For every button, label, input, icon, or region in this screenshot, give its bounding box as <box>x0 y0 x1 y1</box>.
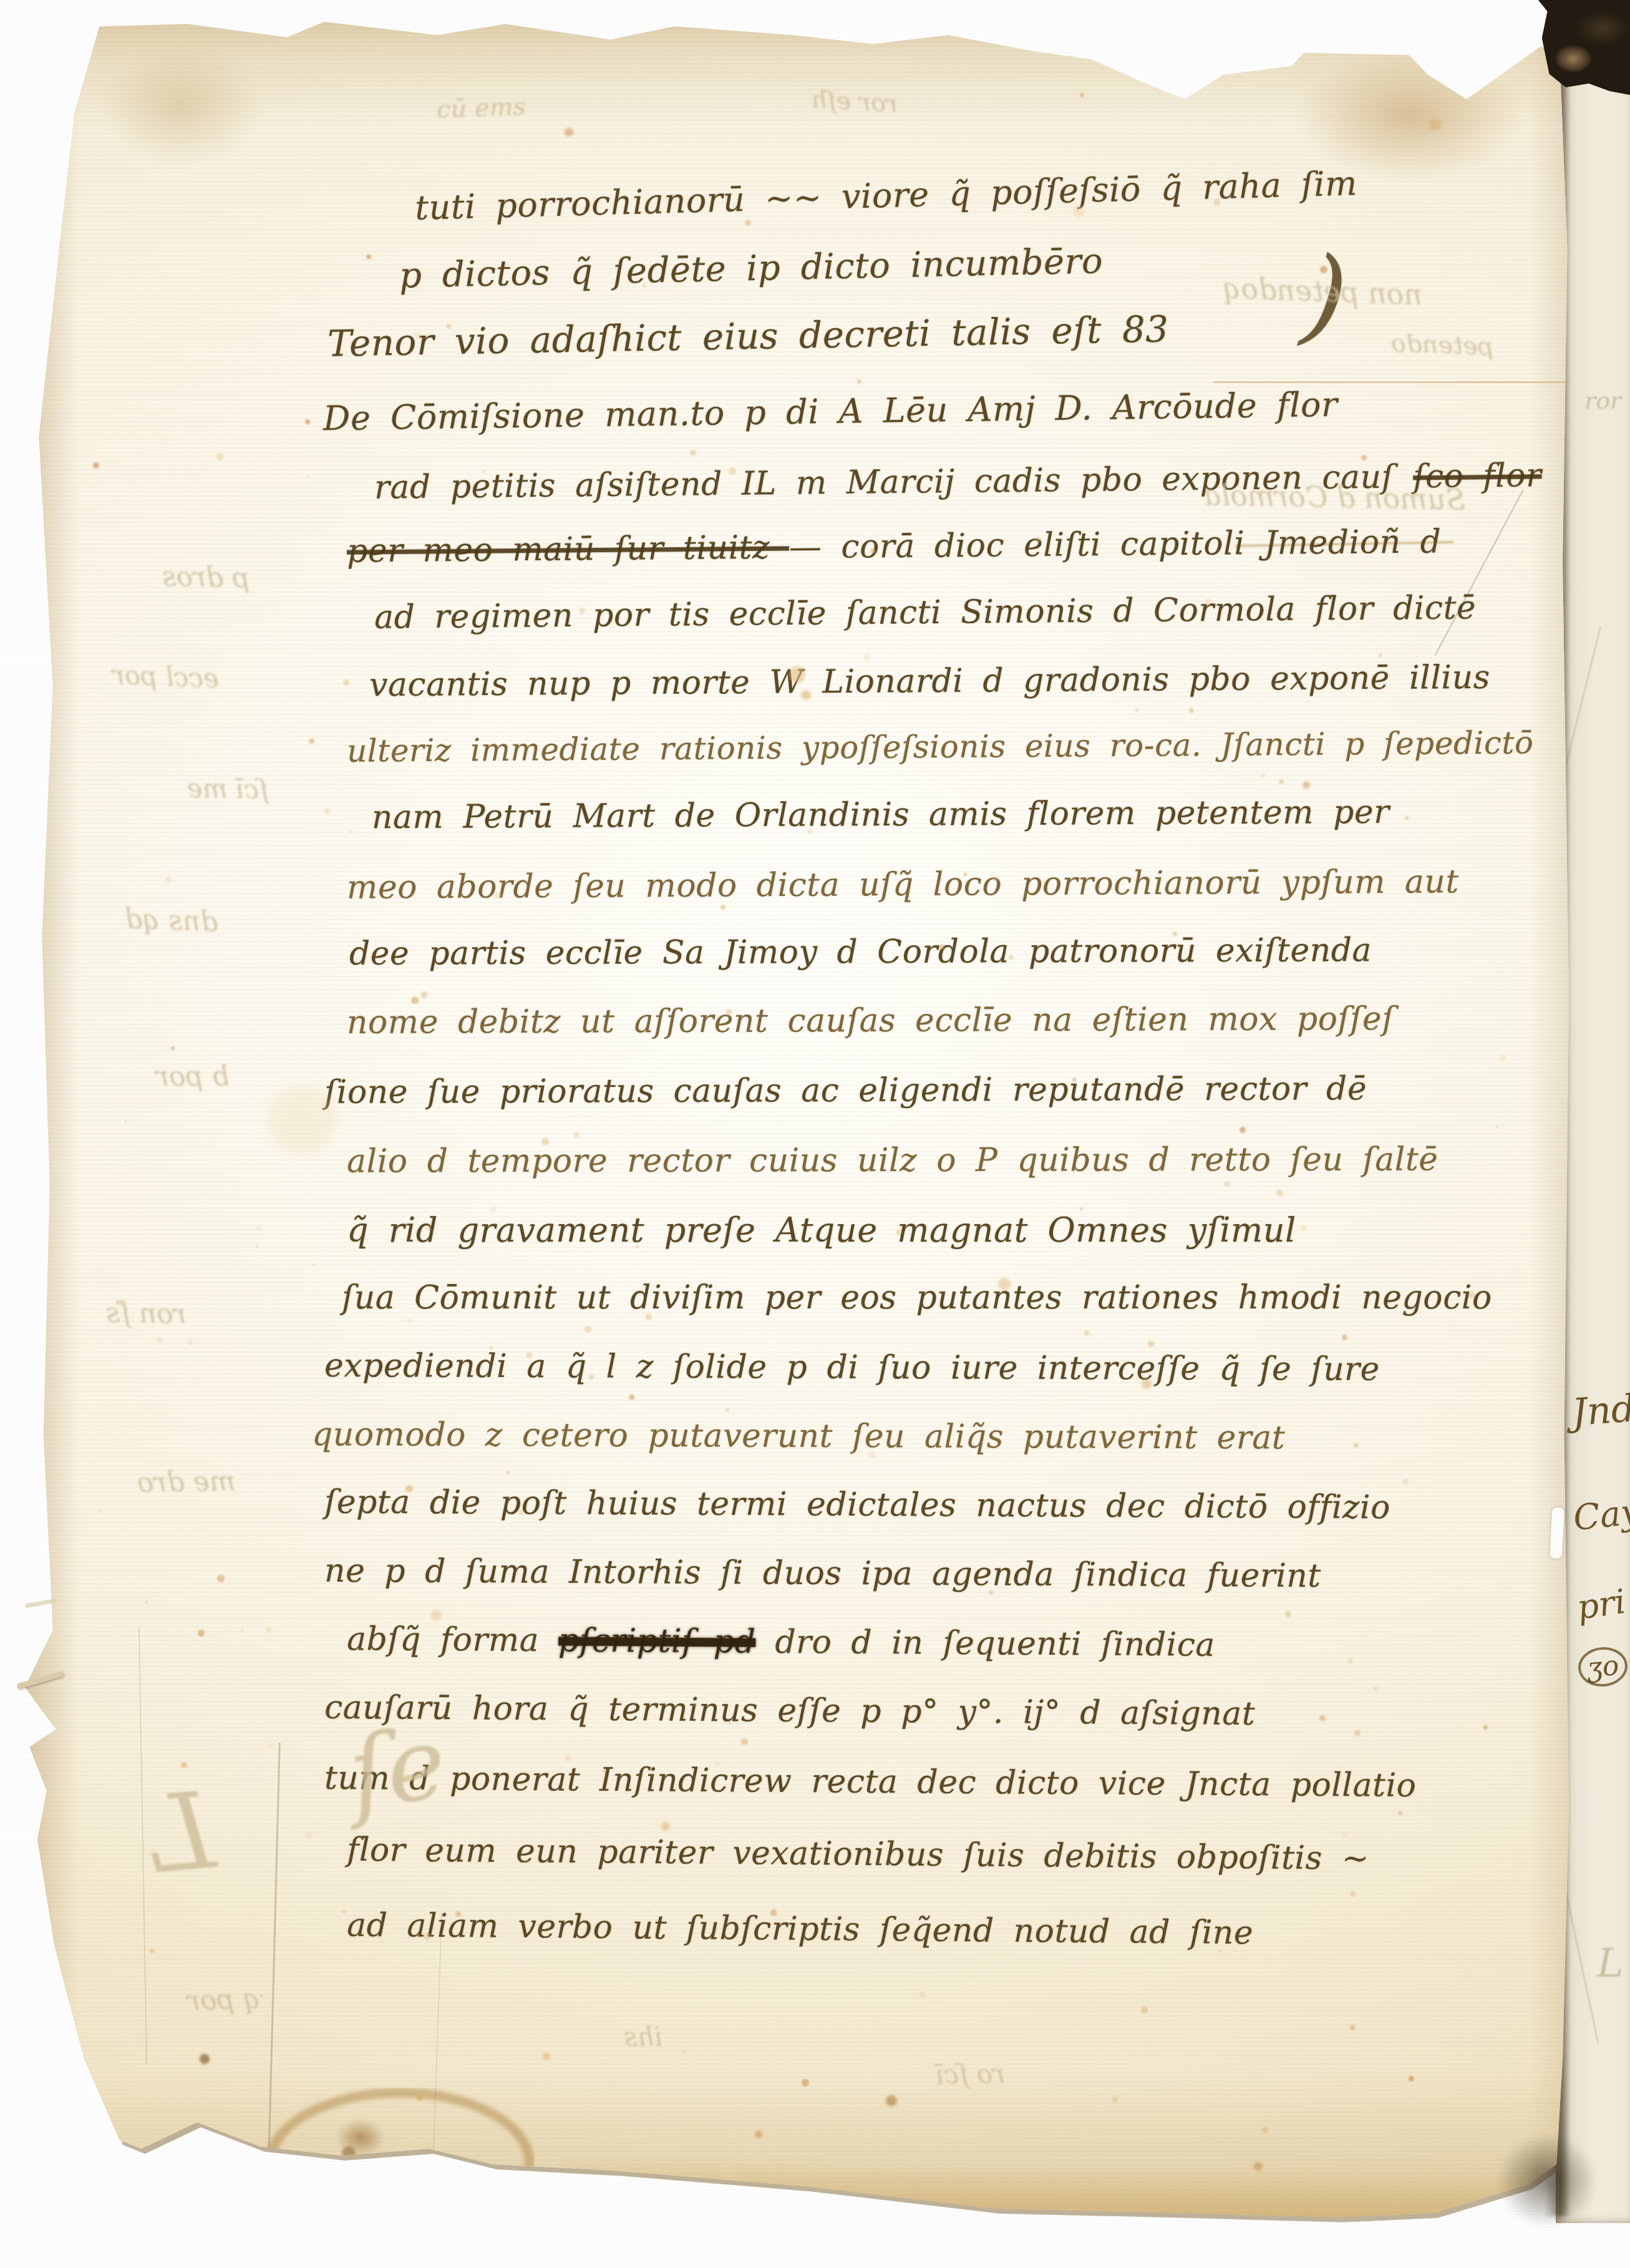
next-page-text: L <box>1597 1940 1624 1987</box>
foxing-spot <box>1073 206 1084 217</box>
ghost-text: ihs <box>624 2022 662 2052</box>
foxing-spot <box>1342 1335 1347 1340</box>
manuscript-line: ulteriz immediate rationis ypoſſeſsionis… <box>347 724 1534 769</box>
manuscript-line: dee partis ecclīe Sa Jimoy d Cordola pat… <box>349 932 1372 973</box>
manuscript-line: meo aborde ſeu modo dicta uſq̃ loco porr… <box>347 863 1459 906</box>
foxing-spot <box>636 1245 638 1248</box>
ghost-text: L <box>138 1769 220 1898</box>
foxing-spot <box>1142 1379 1152 1389</box>
ghost-text: dns qd <box>124 903 218 938</box>
foxing-spot <box>647 1910 649 1913</box>
foxing-spot <box>1303 781 1310 789</box>
foxing-spot <box>198 1630 205 1637</box>
foxing-spot <box>366 255 371 260</box>
foxing-spot <box>1173 932 1177 936</box>
manuscript-line: expediendi a q̃ l z ſolide p di ſuo iure… <box>324 1347 1380 1388</box>
foxing-spot <box>313 1263 316 1267</box>
manuscript-line: Tenor vio adaſhict eius decreti talis eſ… <box>327 308 1170 365</box>
manuscript-line: ad regimen por tis ecclīe ſancti Simonis… <box>374 589 1477 636</box>
foxing-spot <box>268 1086 337 1154</box>
foxing-spot <box>266 1627 272 1633</box>
foxing-spot <box>305 419 310 424</box>
foxing-spot <box>358 1982 362 1986</box>
foxing-spot <box>585 1326 592 1333</box>
foxing-spot <box>900 2030 902 2032</box>
manuscript-line: De Cōmiſsione man.to p di A Lēu Amj D. A… <box>323 385 1338 439</box>
manuscript-scan: ) tuti porrochianorū ~~ viore q̃ poſſeſs… <box>0 0 1630 2268</box>
crease-line <box>268 1743 281 2164</box>
foxing-spot <box>1373 1686 1378 1691</box>
ghost-text: ſe <box>342 1703 453 1832</box>
manuscript-line: tum d ponerat Inſindicrew recta dec dict… <box>324 1759 1417 1804</box>
manuscript-line: q̃ rid gravament preſe Atque magnat Omne… <box>347 1210 1296 1250</box>
foxing-spot <box>1072 1078 1076 1081</box>
next-page-text: Cay <box>1571 1492 1630 1539</box>
foxing-spot <box>629 1394 634 1400</box>
foxing-spot <box>690 450 696 456</box>
foxing-spot <box>98 1510 100 1512</box>
foxing-spot <box>1112 2096 1118 2102</box>
ghost-text: q por <box>187 1983 261 2017</box>
foxing-spot <box>729 467 736 475</box>
foxing-spot <box>1009 955 1013 960</box>
manuscript-line: flor eum eun pariter vexationibus ſuis d… <box>347 1831 1369 1877</box>
foxing-spot <box>424 1933 431 1940</box>
foxing-spot <box>526 1352 532 1358</box>
foxing-spot <box>181 1762 187 1768</box>
foxing-spot <box>216 453 224 460</box>
foxing-spot <box>1219 1950 1221 1952</box>
foxing-spot <box>589 1375 594 1380</box>
foxing-spot <box>217 1575 224 1582</box>
next-page-text: ʒo <box>1576 1645 1629 1689</box>
foxing-spot <box>415 332 421 338</box>
foxing-spot <box>886 2095 897 2106</box>
foxing-spot <box>1301 1225 1306 1231</box>
foxing-spot <box>260 1994 263 1997</box>
manuscript-line: ſione ſue prioratus cauſas ac eligendi r… <box>324 1070 1367 1111</box>
foxing-spot <box>1320 266 1327 273</box>
manuscript-line: ne p d ſuma Intorhis ſi duos ipa agenda … <box>324 1552 1321 1595</box>
foxing-spot <box>343 679 349 686</box>
foxing-spot <box>543 2053 550 2060</box>
foxing-spot <box>1256 489 1262 495</box>
ghost-text: non petendoq <box>1222 271 1423 311</box>
foxing-spot <box>693 1702 697 1706</box>
foxing-spot <box>1483 1725 1488 1730</box>
foxing-spot <box>1342 1832 1347 1837</box>
manuscript-line: nam Petrū Mart de Orlandinis amis florem… <box>372 794 1390 837</box>
foxing-spot <box>188 1340 193 1345</box>
foxing-spot <box>1080 93 1084 97</box>
foxing-spot <box>1141 2006 1148 2013</box>
ghost-text: petendo <box>1390 329 1494 361</box>
foxing-spot <box>1429 119 1441 131</box>
next-page-text: ror <box>1584 387 1621 414</box>
foxing-spot <box>1354 1443 1358 1448</box>
foxing-spot <box>1279 779 1284 784</box>
foxing-spot <box>171 1046 175 1050</box>
foxing-spot <box>1206 808 1211 814</box>
foxing-spot <box>964 873 967 876</box>
foxing-spot <box>1261 773 1265 777</box>
manuscript-line: per meo maiū ſur tiuitz — corā dioc eliſ… <box>347 523 1442 570</box>
top-left-stain <box>100 46 262 165</box>
ghost-text: cū ems <box>436 92 526 124</box>
foxing-spot <box>1496 1126 1498 1128</box>
foxing-spot <box>1084 1330 1089 1335</box>
foxing-spot <box>633 2153 636 2156</box>
foxing-spot <box>1156 1302 1159 1305</box>
foxing-spot <box>94 463 99 468</box>
foxing-spot <box>268 1743 273 1748</box>
foxing-spot <box>506 1471 510 1475</box>
foxing-spot <box>989 1590 993 1595</box>
foxing-spot <box>1189 708 1194 713</box>
foxing-spot <box>1319 1715 1326 1721</box>
foxing-spot <box>150 1949 155 1954</box>
foxing-spot <box>442 1702 444 1704</box>
foxing-spot <box>813 2020 817 2023</box>
ghost-text: me dro <box>137 1466 236 1499</box>
foxing-spot <box>566 845 569 847</box>
foxing-spot <box>801 690 811 700</box>
foxing-spot <box>518 1509 524 1515</box>
foxing-spot <box>411 996 419 1004</box>
foxing-spot <box>1285 1611 1291 1617</box>
foxing-spot <box>870 548 875 553</box>
foxing-spot <box>495 892 502 900</box>
ghost-text: eccl por <box>112 659 220 694</box>
foxing-spot <box>446 324 451 329</box>
next-page-text: pri <box>1574 1582 1628 1627</box>
page-gap-sliver <box>1550 1507 1565 1559</box>
foxing-spot <box>119 1300 125 1306</box>
foxing-spot <box>998 1278 1011 1290</box>
foxing-spot <box>1343 2086 1346 2089</box>
ghost-text: p dros <box>162 561 250 594</box>
foxing-spot <box>324 808 331 814</box>
foxing-spot <box>896 1229 902 1235</box>
manuscript-line: ſua Cōmunit ut diviſim per eos putantes … <box>342 1279 1492 1317</box>
foxing-spot <box>728 1721 730 1724</box>
manuscript-page: ) tuti porrochianorū ~~ viore q̃ poſſeſs… <box>25 17 1575 2226</box>
foxing-spot <box>1135 708 1139 712</box>
foxing-spot <box>1405 816 1409 820</box>
foxing-spot <box>1205 598 1212 606</box>
foxing-spot <box>1398 1811 1402 1816</box>
foxing-spot <box>1254 2162 1263 2171</box>
foxing-spot <box>863 654 870 661</box>
foxing-spot <box>565 1755 571 1761</box>
foxing-spot <box>789 666 805 683</box>
manuscript-line: vacantis nup p morte W Lionardi d gradon… <box>369 659 1490 704</box>
foxing-spot <box>573 1132 579 1137</box>
foxing-spot <box>200 2054 210 2064</box>
foxing-spot <box>939 361 941 363</box>
foxing-spot <box>1214 199 1221 206</box>
foxing-spot <box>256 1245 258 1247</box>
foxing-spot <box>256 1225 261 1230</box>
foxing-spot <box>157 1337 163 1343</box>
manuscript-line: alio d tempore rector cuius uilz o P qui… <box>347 1141 1438 1180</box>
next-page-text: Jnd <box>1571 1387 1630 1435</box>
foxing-spot <box>165 877 172 883</box>
foxing-spot <box>407 1318 410 1322</box>
foxing-spot <box>1276 1190 1283 1196</box>
foxing-spot <box>537 1285 540 1288</box>
foxing-spot <box>682 2050 686 2053</box>
foxing-spot <box>745 220 751 226</box>
manuscript-line: quomodo z cetero putaverunt ſeu aliq̃s p… <box>312 1416 1285 1456</box>
foxing-spot <box>1224 1181 1230 1187</box>
foxing-spot <box>430 1610 442 1621</box>
foxing-spot <box>1347 1658 1353 1664</box>
foxing-spot <box>1354 1730 1361 1736</box>
manuscript-line: nome debitz ut aſſorent cauſas ecclīe na… <box>347 1000 1394 1041</box>
foxing-spot <box>1148 1341 1154 1347</box>
foxing-spot <box>815 755 818 758</box>
ghost-text: ror eſh <box>810 85 898 118</box>
foxing-spot <box>720 905 725 910</box>
foxing-spot <box>1379 654 1382 656</box>
foxing-spot <box>741 1738 749 1746</box>
ghost-text: ro ſcī <box>936 2058 1006 2090</box>
crease-line <box>1213 381 1588 383</box>
foxing-spot <box>1239 1127 1246 1134</box>
foxing-spot <box>405 1485 413 1492</box>
foxing-spot <box>1350 2025 1355 2030</box>
foxing-spot <box>1159 1584 1162 1587</box>
manuscript-line: cauſarū hora q̃ terminus eſſe p p° y°. i… <box>324 1689 1256 1733</box>
foxing-spot <box>145 1601 148 1604</box>
foxing-spot <box>1350 1891 1356 1897</box>
foxing-spot <box>725 1408 729 1412</box>
ghost-text: Sumon d Cormola <box>1204 478 1466 516</box>
foxing-spot <box>241 1628 244 1632</box>
manuscript-line: p dictos q̃ ſedēte ip dicto incumbēro <box>399 241 1103 296</box>
manuscript-line: abſq̃ forma pſcriptiſ pd dro d in ſequen… <box>347 1620 1215 1664</box>
manuscript-line: ſepta die poſt huius termi edictales nac… <box>324 1484 1390 1527</box>
foxing-spot <box>1403 1479 1408 1484</box>
foxing-spot <box>306 1831 313 1839</box>
foxing-spot <box>646 1313 652 1320</box>
foxing-spot <box>309 739 314 744</box>
foxing-spot <box>565 128 573 137</box>
foxing-spot <box>857 379 861 384</box>
foxing-spot <box>643 284 646 287</box>
foxing-spot <box>1500 1055 1506 1061</box>
bottom-corner-shadow <box>1497 2134 1597 2227</box>
foxing-spot <box>405 1774 412 1781</box>
foxing-spot <box>755 2131 762 2138</box>
foxing-spot <box>541 1138 549 1146</box>
foxing-spot <box>417 2095 423 2101</box>
ghost-text: ron ſs <box>106 1297 187 1330</box>
foxing-spot <box>1442 2131 1447 2135</box>
foxing-spot <box>993 876 998 881</box>
foxing-spot <box>661 1822 670 1831</box>
foxing-spot <box>482 470 485 473</box>
foxing-spot <box>1262 2127 1268 2133</box>
foxing-spot <box>307 475 309 477</box>
foxing-spot <box>919 1991 926 1998</box>
foxing-spot <box>869 1451 876 1458</box>
foxing-spot <box>342 1909 346 1914</box>
foxing-spot <box>802 2079 809 2086</box>
manuscript-line: tuti porrochianorū ~~ viore q̃ poſſeſsiō… <box>414 163 1357 228</box>
ghost-text: ſcī me <box>187 773 269 805</box>
foxing-spot <box>349 830 352 834</box>
foxing-spot <box>124 1121 127 1123</box>
foxing-spot <box>421 991 428 998</box>
ghost-text: b por <box>156 1061 230 1093</box>
foxing-spot <box>1074 2025 1077 2028</box>
manuscript-line: ad aliam verbo ut ſubſcriptis ſeq̃end no… <box>347 1907 1254 1952</box>
foxing-spot <box>770 1909 777 1916</box>
foxing-spot <box>1034 537 1041 543</box>
foxing-spot <box>1409 2076 1414 2081</box>
